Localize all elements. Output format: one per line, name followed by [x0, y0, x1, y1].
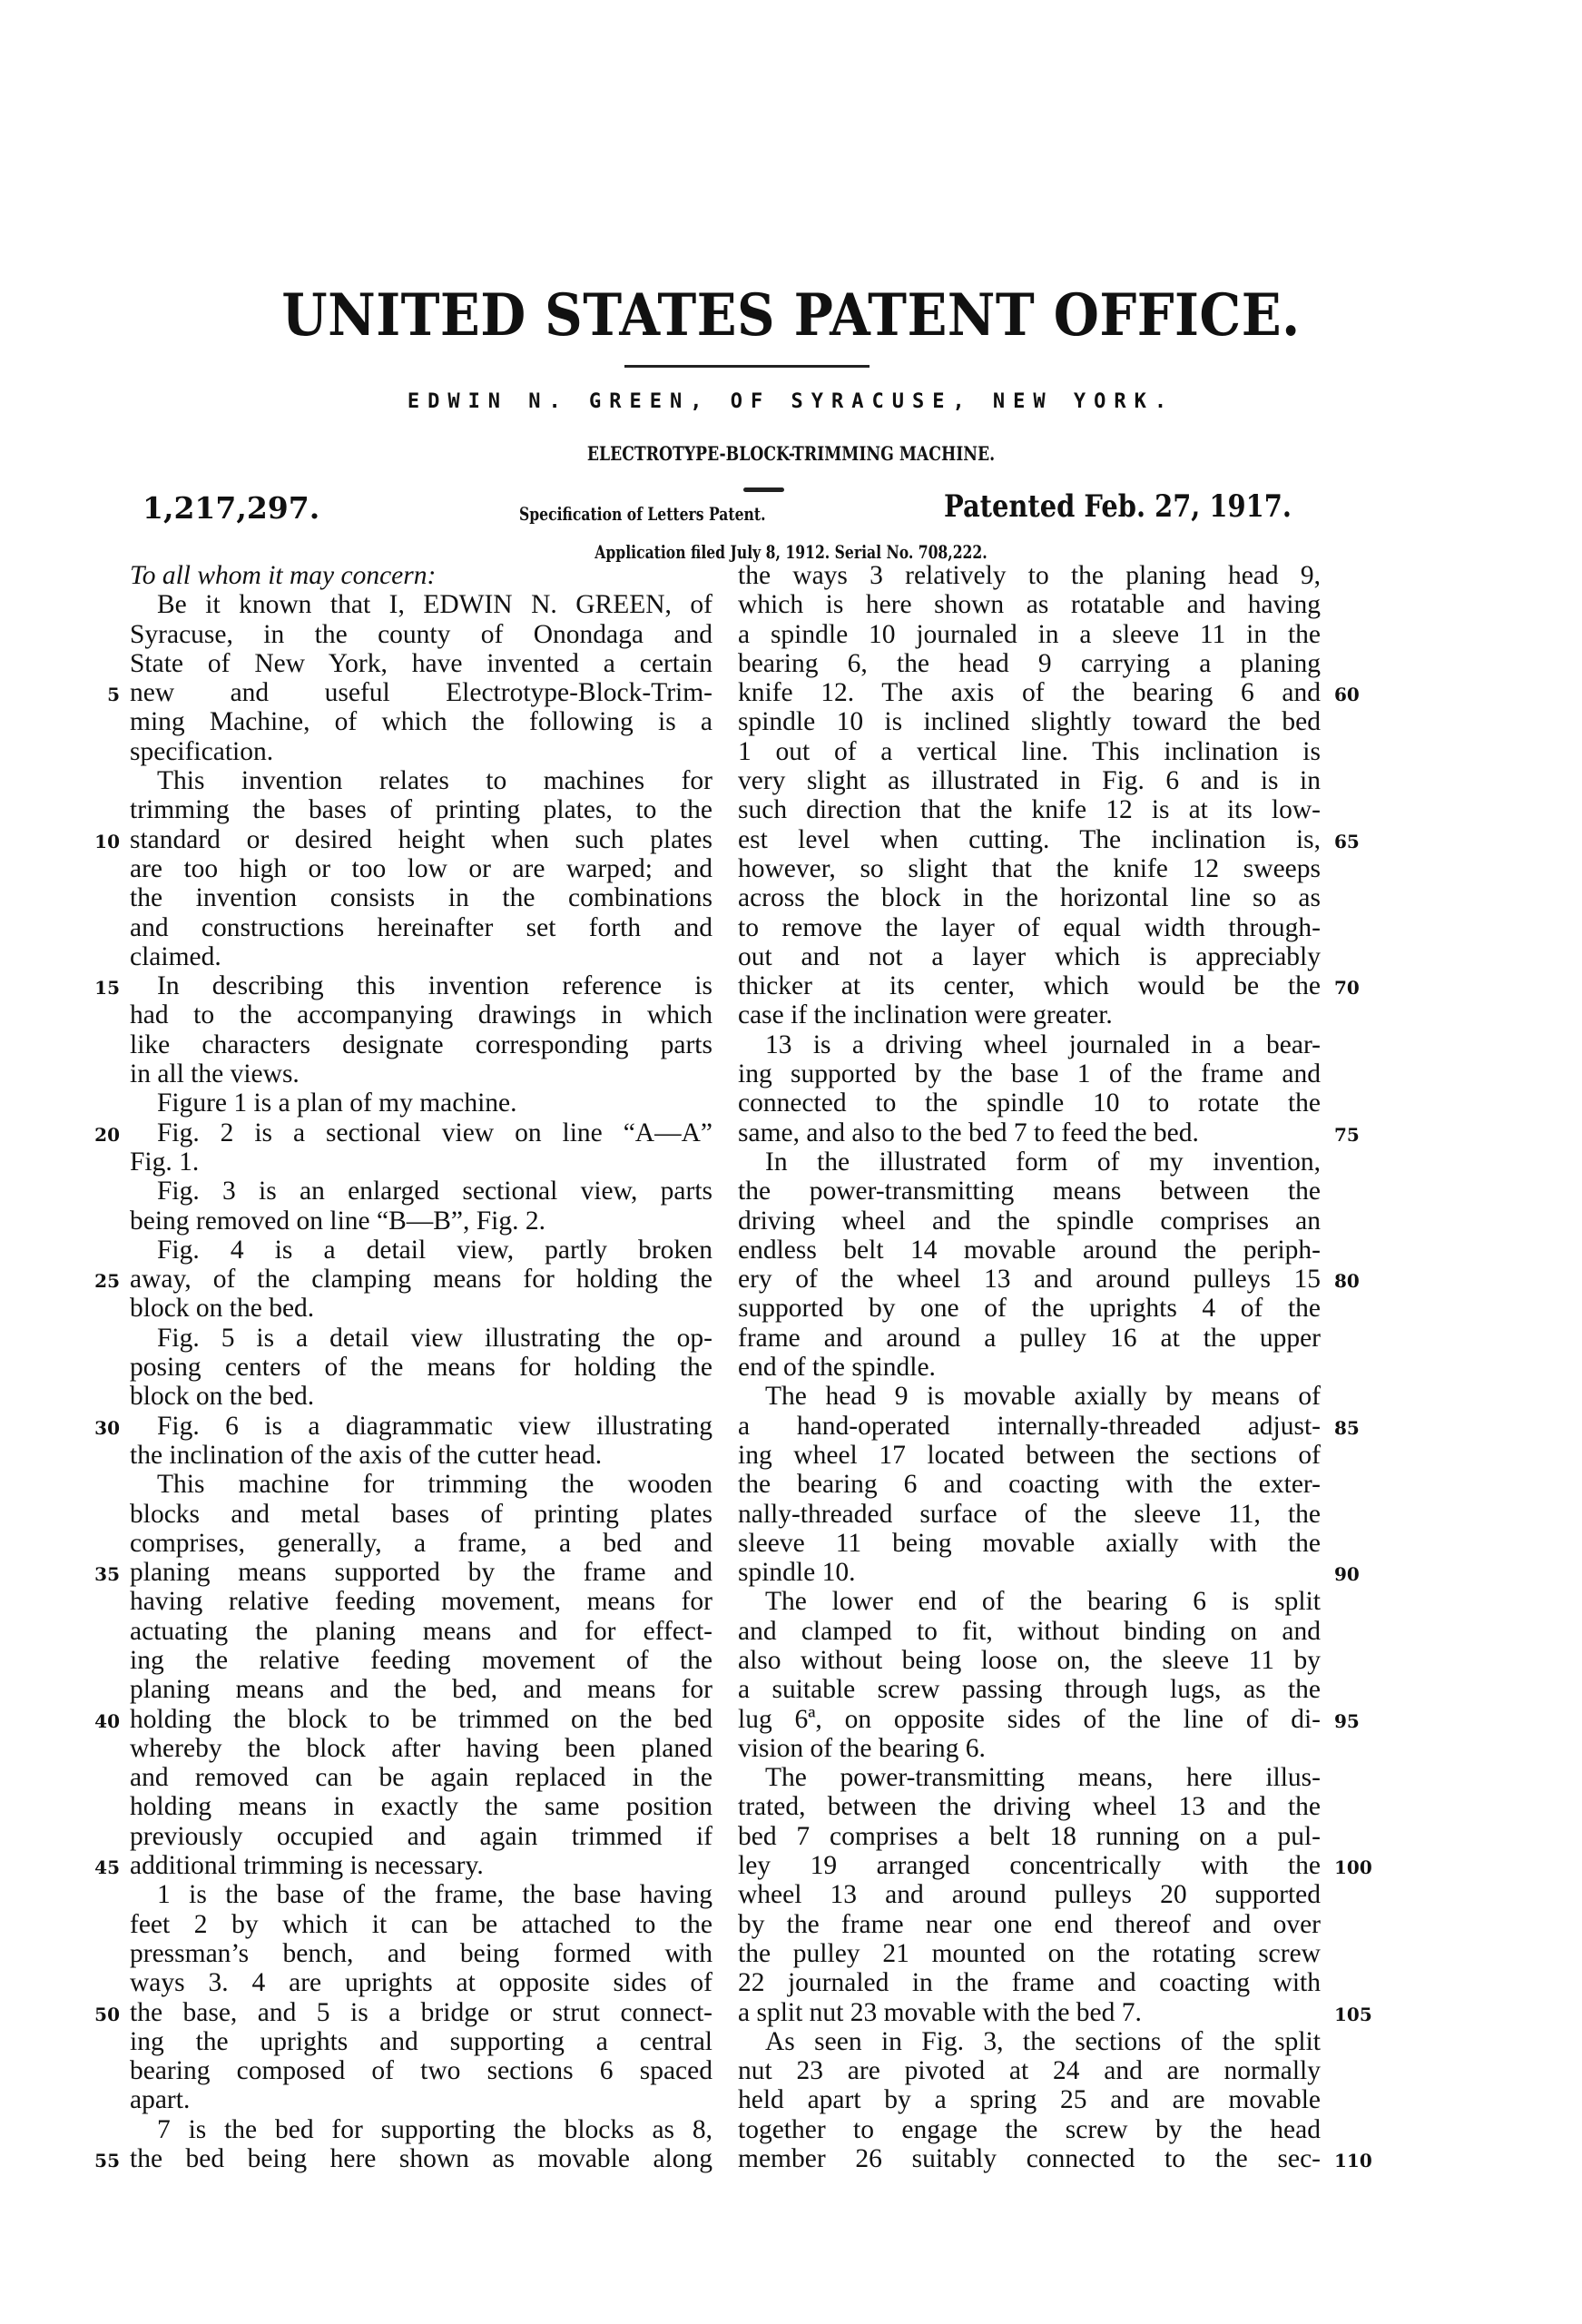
line-number: 30	[84, 1417, 120, 1439]
patent-number: 1,217,297.	[142, 490, 319, 526]
text-line: same, and also to the bed 7 to feed the …	[738, 1118, 1321, 1147]
text-line: and removed can be again replaced in the	[130, 1763, 712, 1792]
line-number: 5	[84, 684, 120, 705]
text-line: across the block in the horizontal line …	[738, 883, 1321, 912]
line-number: 90	[1334, 1563, 1371, 1585]
line-number: 105	[1334, 2004, 1371, 2025]
line-number: 65	[1334, 831, 1371, 852]
text-line: a split nut 23 movable with the bed 7.	[738, 1998, 1321, 2027]
text-line: ing wheel 17 located between the section…	[738, 1441, 1321, 1470]
text-line: such direction that the knife 12 is at i…	[738, 795, 1321, 824]
text-line: additional trimming is necessary.	[130, 1851, 712, 1880]
line-number: 100	[1334, 1856, 1371, 1878]
text-line: are too high or too low or are warped; a…	[130, 854, 712, 883]
text-line: blocks and metal bases of printing plate…	[130, 1500, 712, 1529]
text-line: to remove the layer of equal width throu…	[738, 913, 1321, 942]
text-line: also without being loose on, the sleeve …	[738, 1646, 1321, 1675]
text-line: vision of the bearing 6.	[738, 1734, 1321, 1763]
line-number: 15	[84, 977, 120, 999]
line-number: 85	[1334, 1417, 1371, 1439]
text-line: nut 23 are pivoted at 24 and are normall…	[738, 2056, 1321, 2085]
text-line: posing centers of the means for holding …	[130, 1353, 712, 1382]
specification-label: Specification of Letters Patent.	[519, 503, 766, 525]
text-line: 1 out of a vertical line. This inclinati…	[738, 737, 1321, 766]
text-line: and clamped to fit, without binding on a…	[738, 1617, 1321, 1646]
text-line: State of New York, have invented a certa…	[130, 649, 712, 678]
text-line: frame and around a pulley 16 at the uppe…	[738, 1324, 1321, 1353]
text-line: wheel 13 and around pulleys 20 supported	[738, 1880, 1321, 1909]
text-line: In the illustrated form of my invention,	[738, 1147, 1321, 1177]
text-line: knife 12. The axis of the bearing 6 and	[738, 678, 1321, 707]
text-line: being removed on line “B—B”, Fig. 2.	[130, 1206, 712, 1236]
line-number: 45	[84, 1856, 120, 1878]
line-number: 80	[1334, 1270, 1371, 1292]
patented-date: Patented Feb. 27, 1917.	[944, 488, 1292, 525]
text-line: planing means and the bed, and means for	[130, 1675, 712, 1704]
text-line: the bearing 6 and coacting with the exte…	[738, 1470, 1321, 1499]
line-number: 25	[84, 1270, 120, 1292]
text-line: claimed.	[130, 942, 712, 971]
text-line: Fig. 2 is a sectional view on line “A—A”	[130, 1118, 712, 1147]
title-rule	[624, 365, 870, 368]
text-line: To all whom it may concern:	[130, 561, 712, 590]
text-line: trimming the bases of printing plates, t…	[130, 795, 712, 824]
text-line: previously occupied and again trimmed if	[130, 1822, 712, 1851]
text-line: sleeve 11 being movable axially with the	[738, 1529, 1321, 1558]
text-line: held apart by a spring 25 and are movabl…	[738, 2085, 1321, 2114]
text-line: the ways 3 relatively to the planing hea…	[738, 561, 1321, 590]
text-line: ming Machine, of which the following is …	[130, 707, 712, 736]
right-text-column: the ways 3 relatively to the planing hea…	[738, 561, 1321, 2173]
text-line: The head 9 is movable axially by means o…	[738, 1382, 1321, 1411]
ornament-rule	[743, 487, 784, 492]
text-line: bed 7 comprises a belt 18 running on a p…	[738, 1822, 1321, 1851]
text-line: This machine for trimming the wooden	[130, 1470, 712, 1499]
text-line: the inclination of the axis of the cutte…	[130, 1441, 712, 1470]
line-number: 20	[84, 1124, 120, 1146]
text-line: Fig. 1.	[130, 1147, 712, 1177]
text-line: like characters designate corresponding …	[130, 1030, 712, 1059]
text-line: specification.	[130, 737, 712, 766]
text-line: 1 is the base of the frame, the base hav…	[130, 1880, 712, 1909]
invention-title: ELECTROTYPE-BLOCK-TRIMMING MACHINE.	[142, 442, 1440, 465]
text-line: having relative feeding movement, means …	[130, 1587, 712, 1616]
text-line: ing the relative feeding movement of the	[130, 1646, 712, 1675]
text-line: case if the inclination were greater.	[738, 1000, 1321, 1029]
text-line: est level when cutting. The inclination …	[738, 825, 1321, 854]
text-line: spindle 10.	[738, 1558, 1321, 1587]
text-line: As seen in Fig. 3, the sections of the s…	[738, 2027, 1321, 2056]
text-line: Fig. 4 is a detail view, partly broken	[130, 1236, 712, 1265]
text-line: Fig. 3 is an enlarged sectional view, pa…	[130, 1177, 712, 1206]
application-line: Application filed July 8, 1912. Serial N…	[174, 541, 1409, 563]
text-line: ley 19 arranged concentrically with the	[738, 1851, 1321, 1880]
text-line: a spindle 10 journaled in a sleeve 11 in…	[738, 620, 1321, 649]
inventor-line: EDWIN N. GREEN, OF SYRACUSE, NEW YORK.	[0, 390, 1582, 413]
text-line: had to the accompanying drawings in whic…	[130, 1000, 712, 1029]
text-line: by the frame near one end thereof and ov…	[738, 1910, 1321, 1939]
text-line: holding means in exactly the same positi…	[130, 1792, 712, 1821]
text-line: whereby the block after having been plan…	[130, 1734, 712, 1763]
text-line: apart.	[130, 2085, 712, 2114]
text-line: The power-transmitting means, here illus…	[738, 1763, 1321, 1792]
text-line: endless belt 14 movable around the perip…	[738, 1236, 1321, 1265]
text-line: spindle 10 is inclined slightly toward t…	[738, 707, 1321, 736]
text-line: driving wheel and the spindle comprises …	[738, 1206, 1321, 1236]
text-line: 22 journaled in the frame and coacting w…	[738, 1968, 1321, 1997]
text-line: a suitable screw passing through lugs, a…	[738, 1675, 1321, 1704]
text-line: out and not a layer which is appreciably	[738, 942, 1321, 971]
text-line: Figure 1 is a plan of my machine.	[130, 1088, 712, 1118]
text-line: the base, and 5 is a bridge or strut con…	[130, 1998, 712, 2027]
text-line: away, of the clamping means for holding …	[130, 1265, 712, 1294]
text-line: bearing composed of two sections 6 space…	[130, 2056, 712, 2085]
text-line: in all the views.	[130, 1059, 712, 1088]
line-number: 60	[1334, 684, 1371, 705]
line-number: 55	[84, 2150, 120, 2171]
text-line: very slight as illustrated in Fig. 6 and…	[738, 766, 1321, 795]
text-line: standard or desired height when such pla…	[130, 825, 712, 854]
text-line: pressman’s bench, and being formed with	[130, 1939, 712, 1968]
line-number: 95	[1334, 1710, 1371, 1732]
text-line: a hand-operated internally-threaded adju…	[738, 1412, 1321, 1441]
text-line: lug 6ª, on opposite sides of the line of…	[738, 1705, 1321, 1734]
text-line: block on the bed.	[130, 1382, 712, 1411]
text-line: ery of the wheel 13 and around pulleys 1…	[738, 1265, 1321, 1294]
text-line: connected to the spindle 10 to rotate th…	[738, 1088, 1321, 1118]
text-line: the bed being here shown as movable alon…	[130, 2144, 712, 2173]
line-number: 35	[84, 1563, 120, 1585]
text-line: actuating the planing means and for effe…	[130, 1617, 712, 1646]
text-line: the invention consists in the combinatio…	[130, 883, 712, 912]
text-line: The lower end of the bearing 6 is split	[738, 1587, 1321, 1616]
text-line: trated, between the driving wheel 13 and…	[738, 1792, 1321, 1821]
text-line: however, so slight that the knife 12 swe…	[738, 854, 1321, 883]
text-line: comprises, generally, a frame, a bed and	[130, 1529, 712, 1558]
text-line: together to engage the screw by the head	[738, 2115, 1321, 2144]
text-line: holding the block to be trimmed on the b…	[130, 1705, 712, 1734]
text-line: the pulley 21 mounted on the rotating sc…	[738, 1939, 1321, 1968]
text-line: feet 2 by which it can be attached to th…	[130, 1910, 712, 1939]
line-number: 110	[1334, 2150, 1371, 2171]
left-text-column: To all whom it may concern:Be it known t…	[130, 561, 712, 2173]
line-number: 10	[84, 831, 120, 852]
text-line: 7 is the bed for supporting the blocks a…	[130, 2115, 712, 2144]
office-title: UNITED STATES PATENT OFFICE.	[79, 281, 1503, 350]
text-line: Syracuse, in the county of Onondaga and	[130, 620, 712, 649]
text-line: Be it known that I, EDWIN N. GREEN, of	[130, 590, 712, 619]
text-line: supported by one of the uprights 4 of th…	[738, 1294, 1321, 1323]
text-line: planing means supported by the frame and	[130, 1558, 712, 1587]
text-line: ways 3. 4 are uprights at opposite sides…	[130, 1968, 712, 1997]
text-line: end of the spindle.	[738, 1353, 1321, 1382]
text-line: ing supported by the base 1 of the frame…	[738, 1059, 1321, 1088]
text-line: and constructions hereinafter set forth …	[130, 913, 712, 942]
text-line: bearing 6, the head 9 carrying a planing	[738, 649, 1321, 678]
text-line: thicker at its center, which would be th…	[738, 971, 1321, 1000]
text-line: block on the bed.	[130, 1294, 712, 1323]
text-line: the power-transmitting means between the	[738, 1177, 1321, 1206]
line-number: 50	[84, 2004, 120, 2025]
text-line: In describing this invention reference i…	[130, 971, 712, 1000]
text-line: member 26 suitably connected to the sec-	[738, 2144, 1321, 2173]
text-line: which is here shown as rotatable and hav…	[738, 590, 1321, 619]
line-number: 70	[1334, 977, 1371, 999]
text-line: Fig. 5 is a detail view illustrating the…	[130, 1324, 712, 1353]
text-line: This invention relates to machines for	[130, 766, 712, 795]
text-line: 13 is a driving wheel journaled in a bea…	[738, 1030, 1321, 1059]
text-line: Fig. 6 is a diagrammatic view illustrati…	[130, 1412, 712, 1441]
line-number: 40	[84, 1710, 120, 1732]
text-line: nally-threaded surface of the sleeve 11,…	[738, 1500, 1321, 1529]
text-line: ing the uprights and supporting a centra…	[130, 2027, 712, 2056]
text-line: new and useful Electrotype-Block-Trim-	[130, 678, 712, 707]
line-number: 75	[1334, 1124, 1371, 1146]
